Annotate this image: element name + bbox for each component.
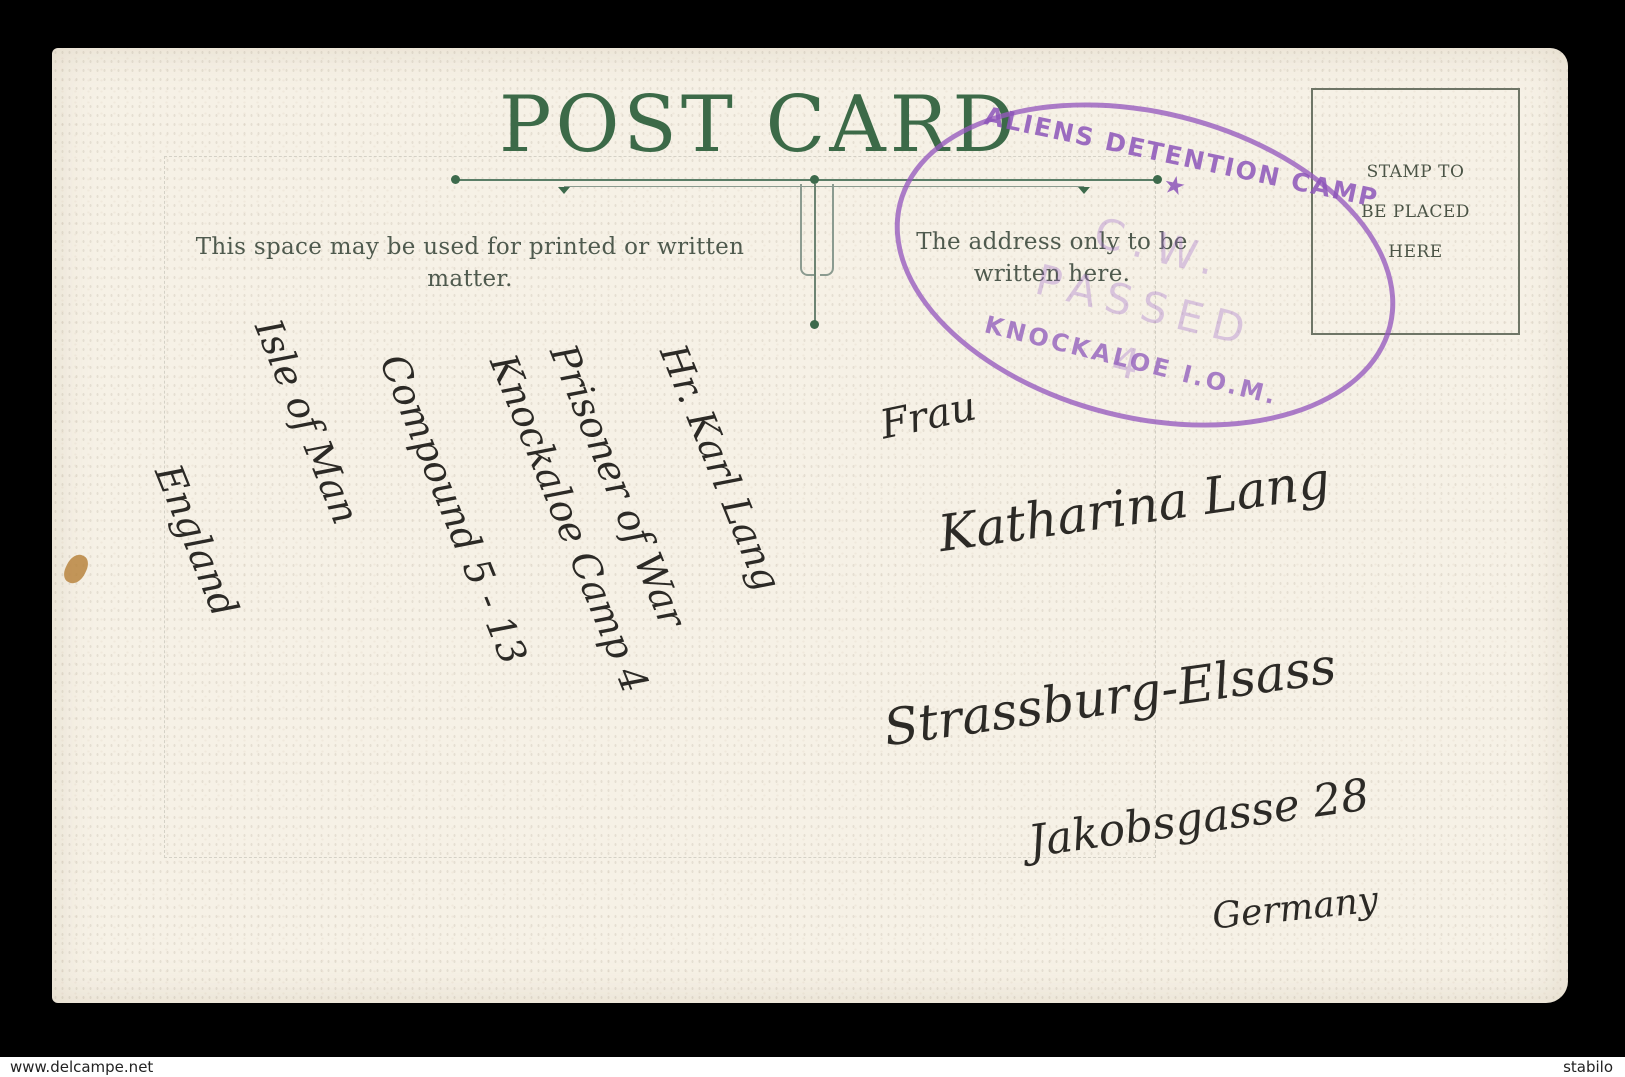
site-credit-link[interactable]: www.delcampe.net [10, 1058, 153, 1076]
divider-curl-right [820, 184, 834, 276]
divider-curl-left [800, 184, 814, 276]
rule-triangle-left [558, 187, 570, 194]
stain-mark [61, 551, 92, 587]
watermark-footer: www.delcampe.net stabilo [0, 1057, 1625, 1077]
rule-end-dot-left [451, 175, 460, 184]
recipient-line-country: Germany [1210, 879, 1380, 937]
seller-credit: stabilo [1563, 1058, 1613, 1076]
divider-end-dot [810, 320, 819, 329]
center-divider-line [814, 184, 816, 324]
postcard: POST CARD This space may be used for pri… [52, 48, 1568, 1003]
left-instruction-text: This space may be used for printed or wr… [170, 231, 770, 295]
rule-center-dot [810, 175, 819, 184]
